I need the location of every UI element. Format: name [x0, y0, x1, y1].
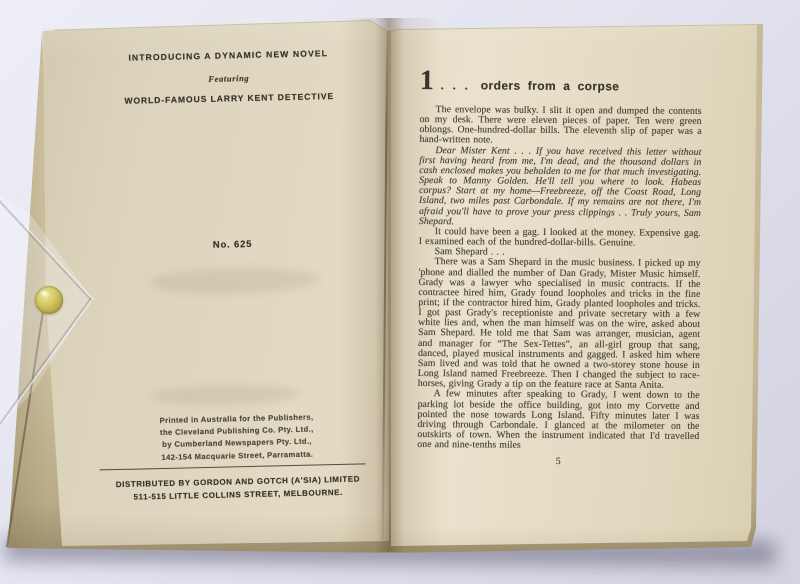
body-paragraph-letter: Dear Mister Kent . . . If you have recei…: [419, 146, 702, 229]
chapter-heading: 1 . . . orders from a corpse: [420, 62, 702, 96]
featuring-label: Featuring: [71, 70, 387, 87]
photo-backdrop: INTRODUCING A DYNAMIC NEW NOVEL Featurin…: [0, 0, 800, 584]
body-paragraph: There was a Sam Shepard in the music bus…: [418, 257, 701, 391]
chapter-number: 1: [420, 68, 434, 94]
body-paragraph: The envelope was bulky. I slit it open a…: [419, 105, 701, 148]
brad-highlight: [41, 291, 48, 296]
distributor-line-2: 511-515 LITTLE COLLINS STREET, MELBOURNE…: [80, 487, 396, 503]
chapter-dots: . . .: [441, 78, 471, 93]
brass-brad: [35, 286, 63, 314]
left-page-content: INTRODUCING A DYNAMIC NEW NOVEL Featurin…: [70, 39, 397, 526]
series-line: WORLD-FAMOUS LARRY KENT DETECTIVE: [71, 90, 387, 107]
imprint-block: Printed in Australia for the Publishers,…: [78, 410, 395, 466]
right-page-content: 1 . . . orders from a corpse The envelop…: [417, 62, 702, 468]
intro-line: INTRODUCING A DYNAMIC NEW NOVEL: [70, 47, 386, 64]
body-paragraph: A few minutes after speaking to Grady, I…: [417, 389, 699, 452]
page-number: 5: [417, 455, 699, 468]
issue-number: No. 625: [74, 236, 390, 254]
chapter-title: orders from a corpse: [481, 78, 620, 93]
divider-rule: [100, 463, 366, 470]
